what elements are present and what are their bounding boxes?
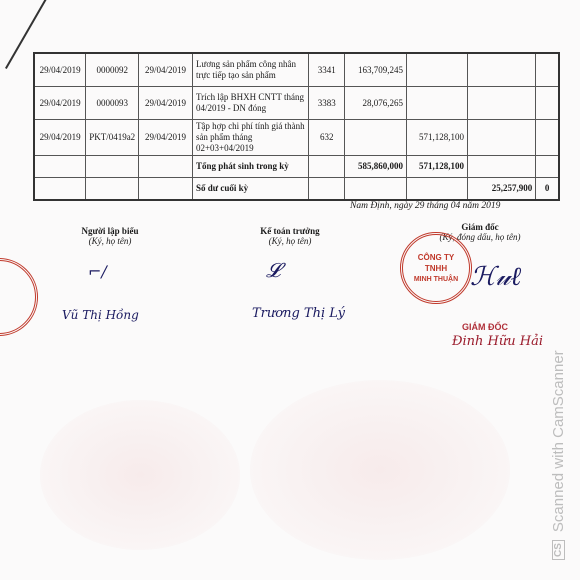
balance-credit-cell [536, 120, 559, 156]
balance-debit-cell [467, 53, 535, 87]
total-debit-cell: 585,860,000 [345, 156, 407, 178]
document-date-cell: 29/04/2019 [139, 87, 193, 120]
preparer-title: Người lập biểu [60, 226, 160, 236]
paper-stain [250, 380, 510, 560]
document-number-cell: PKT/0419a2 [86, 120, 139, 156]
document-date-cell: 29/04/2019 [139, 53, 193, 87]
chief-accountant-signature-name: Trương Thị Lý [252, 306, 345, 321]
description-cell: Trích lập BHXH CNTT tháng 04/2019 - DN đ… [192, 87, 308, 120]
credit-cell: 571,128,100 [407, 120, 468, 156]
closing-balance-debit-cell: 25,257,900 [467, 178, 535, 201]
ledger-table: 29/04/2019000009229/04/2019Lương sản phẩ… [33, 52, 560, 201]
company-stamp-partial [0, 258, 38, 336]
debit-cell: 163,709,245 [345, 53, 407, 87]
chief-accountant-block: Kế toán trưởng (Ký, họ tên) [240, 226, 340, 246]
contra-account-cell: 3341 [308, 53, 345, 87]
empty-cell [407, 178, 468, 201]
total-label-cell: Tổng phát sinh trong kỳ [192, 156, 308, 178]
closing-balance-credit-cell: 0 [536, 178, 559, 201]
entry-date-cell: 29/04/2019 [34, 53, 86, 87]
preparer-block: Người lập biểu (Ký, họ tên) [60, 226, 160, 246]
document-date-cell: 29/04/2019 [139, 120, 193, 156]
empty-cell [34, 156, 86, 178]
table-row: 29/04/2019000009229/04/2019Lương sản phẩ… [34, 53, 559, 87]
entry-date-cell: 29/04/2019 [34, 120, 86, 156]
table-row: 29/04/2019PKT/0419a229/04/2019Tập hợp ch… [34, 120, 559, 156]
chief-accountant-subtitle: (Ký, họ tên) [240, 236, 340, 246]
director-signature-name: Đinh Hữu Hải [452, 334, 543, 349]
director-signature-mark: ℋ𝓊ℓ [470, 262, 521, 293]
empty-cell [536, 156, 559, 178]
balance-credit-cell [536, 87, 559, 120]
preparer-subtitle: (Ký, họ tên) [60, 236, 160, 246]
director-role-label: GIÁM ĐỐC [462, 322, 508, 332]
preparer-signature-name: Vũ Thị Hồng [62, 308, 139, 322]
chief-accountant-title: Kế toán trưởng [240, 226, 340, 236]
paper-stain [40, 400, 240, 550]
total-credit-cell: 571,128,100 [407, 156, 468, 178]
stamp-line-1: CÔNG TY [418, 252, 454, 263]
preparer-signature-mark: ⌐∕ [88, 262, 107, 281]
balance-debit-cell [467, 87, 535, 120]
description-cell: Lương sản phẩm công nhân trực tiếp tạo s… [192, 53, 308, 87]
contra-account-cell: 3383 [308, 87, 345, 120]
closing-label-cell: Số dư cuối kỳ [192, 178, 308, 201]
company-stamp: CÔNG TY TNHH MINH THUẬN [400, 232, 472, 304]
camscanner-logo-icon: CS [552, 540, 565, 560]
director-title: Giám đốc [420, 222, 540, 232]
closing-balance-row: Số dư cuối kỳ25,257,9000 [34, 178, 559, 201]
balance-credit-cell [536, 53, 559, 87]
chief-accountant-signature-mark: 𝓛 [266, 258, 281, 282]
stamp-line-2: TNHH [425, 263, 447, 274]
entry-date-cell: 29/04/2019 [34, 87, 86, 120]
empty-cell [34, 178, 86, 201]
debit-cell: 28,076,265 [345, 87, 407, 120]
credit-cell [407, 53, 468, 87]
empty-cell [467, 156, 535, 178]
empty-cell [139, 156, 193, 178]
table-row: 29/04/2019000009329/04/2019Trích lập BHX… [34, 87, 559, 120]
empty-cell [345, 178, 407, 201]
stamp-line-3: MINH THUẬN [414, 274, 458, 285]
empty-cell [86, 178, 139, 201]
document-number-cell: 0000092 [86, 53, 139, 87]
balance-debit-cell [467, 120, 535, 156]
contra-account-cell: 632 [308, 120, 345, 156]
credit-cell [407, 87, 468, 120]
empty-cell [86, 156, 139, 178]
document-number-cell: 0000093 [86, 87, 139, 120]
empty-cell [139, 178, 193, 201]
empty-cell [308, 178, 345, 201]
description-cell: Tập hợp chi phí tính giá thành sản phẩm … [192, 120, 308, 156]
camscanner-watermark: CS Scanned with CamScanner [550, 350, 567, 560]
place-date: Nam Định, ngày 29 tháng 04 năm 2019 [350, 201, 500, 211]
debit-cell [345, 120, 407, 156]
watermark-text: Scanned with CamScanner [550, 350, 567, 532]
total-row: Tổng phát sinh trong kỳ585,860,000571,12… [34, 156, 559, 178]
empty-cell [308, 156, 345, 178]
